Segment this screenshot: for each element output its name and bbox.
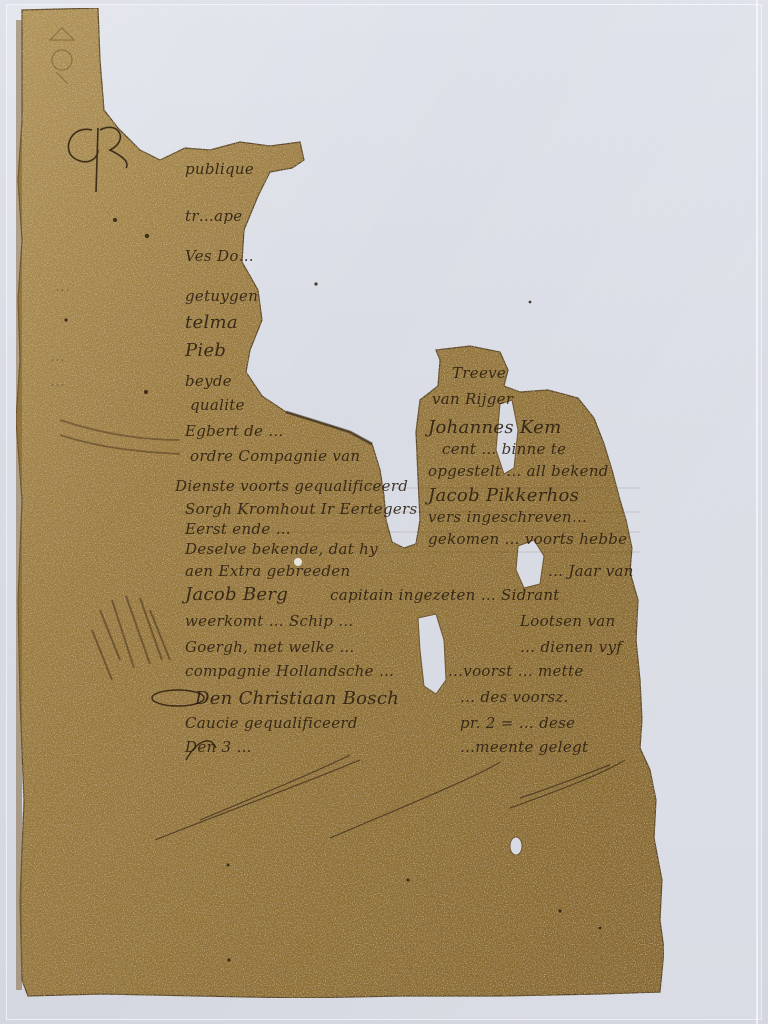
text-line: Eerst ende … <box>185 520 291 538</box>
margin-note: … <box>50 347 65 365</box>
text-line-right: …voorst … mette <box>448 662 584 680</box>
text-line-right: Johannes Kem <box>428 417 561 438</box>
text-line-right: pr. 2 = … dese <box>460 714 575 732</box>
text-line-right: cent … binne te <box>442 440 566 458</box>
text-line: Sorgh Kromhout Ir Eertegers <box>185 500 418 518</box>
text-line: Den Christiaan Bosch <box>195 688 399 709</box>
text-line: publique <box>185 160 254 178</box>
text-line: qualite <box>190 396 245 414</box>
text-line: compagnie Hollandsche … <box>185 662 394 680</box>
text-line-right: van Rijger <box>432 390 513 408</box>
text-line-right: gekomen … voorts hebbe <box>428 530 627 548</box>
text-line: Ves Do… <box>185 247 254 265</box>
text-line: telma <box>185 312 238 333</box>
text-line-right: … dienen vyf <box>520 638 622 656</box>
text-line-right: Jacob Pikkerhos <box>428 485 579 506</box>
text-line: Deselve bekende, dat hy <box>185 540 378 558</box>
text-line: ordre Compagnie van <box>190 447 360 465</box>
text-line: Dienste voorts gequalificeerd <box>175 477 408 495</box>
text-line-right: Treeve <box>452 364 506 382</box>
text-line-right: … Jaar van <box>548 562 634 580</box>
text-line: Jacob Berg <box>185 584 288 605</box>
text-line: weerkomt … Schip … <box>185 612 354 630</box>
manuscript-page: publique tr…ape Ves Do… getuygen telma P… <box>0 0 768 1024</box>
margin-note: … <box>55 277 70 295</box>
text-line-right: … des voorsz. <box>460 688 569 706</box>
text-line-right: capitain ingezeten … Sidrant <box>330 586 560 604</box>
margin-note: … <box>50 372 65 390</box>
text-line: beyde <box>185 372 232 390</box>
text-line: tr…ape <box>185 207 242 225</box>
text-line: Den 3 … <box>185 738 252 756</box>
text-line-right: Lootsen van <box>520 612 615 630</box>
text-line-right: …meente gelegt <box>460 738 588 756</box>
text-line: getuygen <box>185 287 258 305</box>
text-line: aen Extra gebreeden <box>185 562 350 580</box>
text-line-right: opgestelt … all bekend <box>428 462 609 480</box>
text-line-right: vers ingeschreven… <box>428 508 587 526</box>
text-line: Egbert de … <box>185 422 284 440</box>
text-line: Caucie gequalificeerd <box>185 714 358 732</box>
text-line: Pieb <box>185 340 226 361</box>
text-line: Goergh, met welke … <box>185 638 355 656</box>
